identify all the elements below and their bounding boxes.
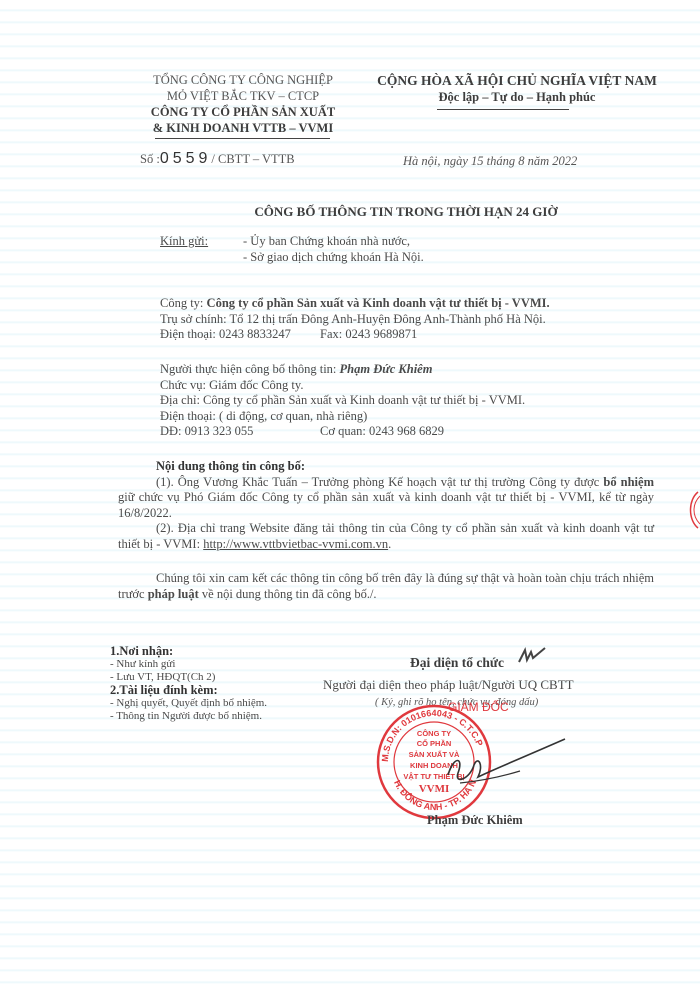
discloser-address: Địa chỉ: Công ty cổ phần Sản xuất và Kin… <box>160 393 525 409</box>
company-line1: CÔNG TY CỔ PHẦN SẢN XUẤT <box>118 104 368 120</box>
doc-no-prefix: Số : <box>140 152 160 166</box>
discloser-phone-label: Điện thoại: ( di động, cơ quan, nhà riên… <box>160 409 525 425</box>
issuer-block: TỔNG CÔNG TY CÔNG NGHIỆP MỎ VIỆT BẮC TKV… <box>118 72 368 136</box>
company-name: Công ty cổ phần Sản xuất và Kinh doanh v… <box>207 296 550 310</box>
signature-title: GIÁM ĐỐC <box>448 700 509 714</box>
company-address: Trụ sở chính: Tổ 12 thị trấn Đông Anh-Hu… <box>160 312 550 328</box>
page-seal-fragment-icon <box>684 490 700 530</box>
receivers-block: 1.Nơi nhận: - Như kính gửi - Lưu VT, HĐQ… <box>110 645 267 723</box>
discloser-info: Người thực hiện công bố thông tin: Phạm … <box>160 362 525 440</box>
item1-bold: bổ nhiệm <box>603 475 654 489</box>
company-phone: Điện thoại: 0243 8833247 <box>160 327 320 343</box>
signature-role: Người đại diện theo pháp luật/Người UQ C… <box>323 677 574 693</box>
nation-title: CỘNG HÒA XÃ HỘI CHỦ NGHĨA VIỆT NAM <box>352 72 682 89</box>
document-title: CÔNG BỐ THÔNG TIN TRONG THỜI HẠN 24 GIỜ <box>0 204 700 220</box>
website-link[interactable]: http://www.vttbvietbac-vvmi.com.vn <box>203 537 388 551</box>
recipient-item: - Sở giao dịch chứng khoán Hà Nội. <box>243 250 424 266</box>
content-item-2: (2). Địa chỉ trang Website đăng tải thôn… <box>118 521 654 552</box>
doc-no-value: 0559 <box>160 150 212 167</box>
recipient-item: - Ủy ban Chứng khoán nhà nước, <box>243 234 424 250</box>
content-heading: Nội dung thông tin công bố: <box>118 459 654 475</box>
attachment-item: - Nghị quyết, Quyết định bổ nhiệm. <box>110 697 267 710</box>
company-fax: Fax: 0243 9689871 <box>320 327 417 341</box>
commitment-bold: pháp luật <box>148 587 199 601</box>
place-date: Hà nội, ngày 15 tháng 8 năm 2022 <box>403 154 577 169</box>
receiver-item: - Như kính gửi <box>110 658 267 671</box>
item1-text: (1). Ông Vương Khắc Tuấn – Trưởng phòng … <box>156 475 603 489</box>
company-info: Công ty: Công ty cổ phần Sản xuất và Kin… <box>160 296 550 343</box>
initial-scribble-icon <box>517 646 547 666</box>
item1-text-end: giữ chức vụ Phó Giám đốc Công ty cổ phần… <box>118 490 654 520</box>
discloser-label: Người thực hiện công bố thông tin: <box>160 362 340 376</box>
attachments-heading: 2.Tài liệu đính kèm: <box>110 684 267 697</box>
discloser-name: Phạm Đức Khiêm <box>340 362 433 376</box>
document-title-text: CÔNG BỐ THÔNG TIN TRONG THỜI HẠN 24 GIỜ <box>254 204 557 219</box>
disclosure-content: Nội dung thông tin công bố: (1). Ông Vươ… <box>118 459 654 552</box>
company-name-label: Công ty: <box>160 296 207 310</box>
recipients-list: - Ủy ban Chứng khoán nhà nước, - Sở giao… <box>243 234 424 265</box>
receivers-heading: 1.Nơi nhận: <box>110 645 267 658</box>
issuer-underline <box>155 138 330 139</box>
doc-no-suffix: / CBTT – VTTB <box>211 152 294 166</box>
parent-org-line1: TỔNG CÔNG TY CÔNG NGHIỆP <box>118 72 368 88</box>
commitment-text-end: về nội dung thông tin đã công bố./. <box>199 587 377 601</box>
company-line2: & KINH DOANH VTTB – VVMI <box>118 120 368 136</box>
national-header: CỘNG HÒA XÃ HỘI CHỦ NGHĨA VIỆT NAM Độc l… <box>352 72 682 106</box>
attachment-item: - Thông tin Người được bổ nhiệm. <box>110 710 267 723</box>
signature-org: Đại diện tổ chức <box>410 655 504 671</box>
discloser-position: Chức vụ: Giám đốc Công ty. <box>160 378 525 394</box>
parent-org-line2: MỎ VIỆT BẮC TKV – CTCP <box>118 88 368 104</box>
signatory-name: Phạm Đức Khiêm <box>427 813 523 828</box>
discloser-office: Cơ quan: 0243 968 6829 <box>320 424 444 438</box>
document-number: Số :0559/ CBTT – VTTB <box>140 150 295 168</box>
handwritten-signature-icon <box>440 735 570 795</box>
item2-end: . <box>388 537 391 551</box>
recipients-label: Kính gửi: <box>160 234 208 250</box>
nation-motto: Độc lập – Tự do – Hạnh phúc <box>352 89 682 106</box>
motto-underline <box>437 109 569 110</box>
discloser-mobile: DĐ: 0913 323 055 <box>160 424 320 440</box>
content-item-1: (1). Ông Vương Khắc Tuấn – Trưởng phòng … <box>118 475 654 522</box>
commitment-paragraph: Chúng tôi xin cam kết các thông tin công… <box>118 571 654 602</box>
